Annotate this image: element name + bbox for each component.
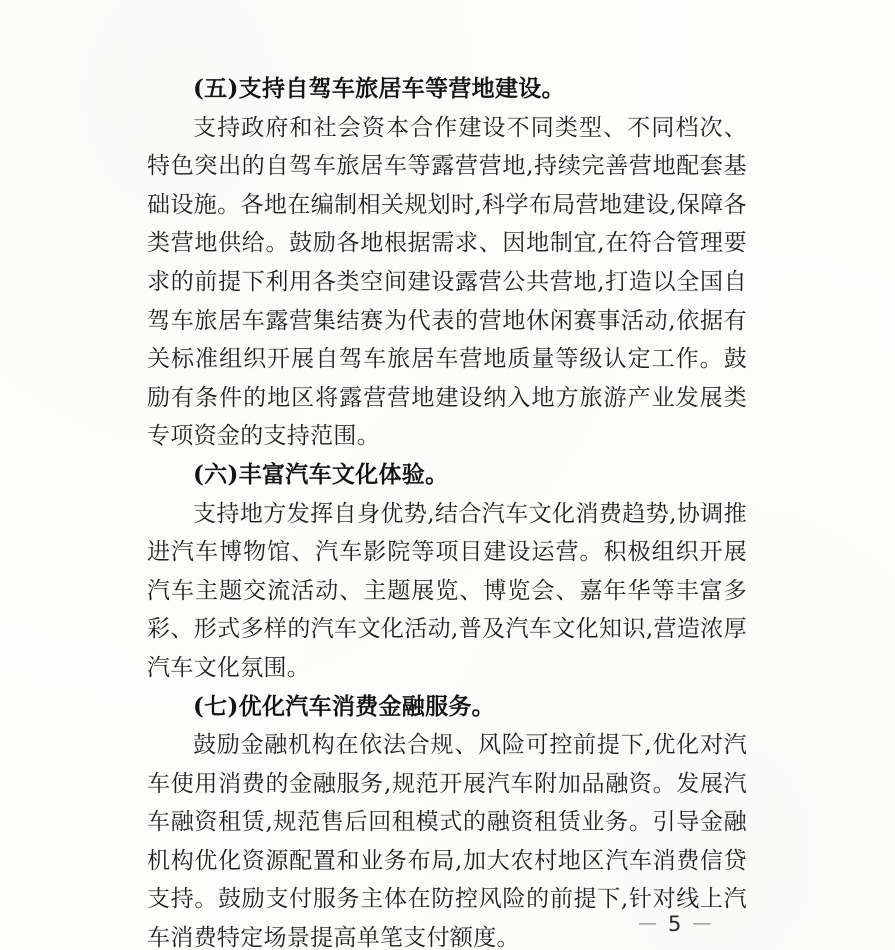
document-body: (五)支持自驾车旅居车等营地建设。 支持政府和社会资本合作建设不同类型、不同档次… xyxy=(147,70,747,950)
footer-left-dash: — xyxy=(638,911,657,935)
section-heading-6: (六)丰富汽车文化体验。 xyxy=(147,456,747,495)
page-number: 5 xyxy=(668,912,681,936)
section-heading-5: (五)支持自驾车旅居车等营地建设。 xyxy=(147,70,747,109)
section-heading-7: (七)优化汽车消费金融服务。 xyxy=(147,688,747,727)
section-5-paragraph: 支持政府和社会资本合作建设不同类型、不同档次、特色突出的自驾车旅居车等露营营地,… xyxy=(147,109,747,456)
footer-right-dash: — xyxy=(692,911,711,935)
scanned-document-page: { "document": { "sections": [ { "heading… xyxy=(0,0,895,950)
section-6-paragraph: 支持地方发挥自身优势,结合汽车文化消费趋势,协调推进汽车博物馆、汽车影院等项目建… xyxy=(147,495,747,688)
page-footer: — 5 — xyxy=(638,912,711,936)
